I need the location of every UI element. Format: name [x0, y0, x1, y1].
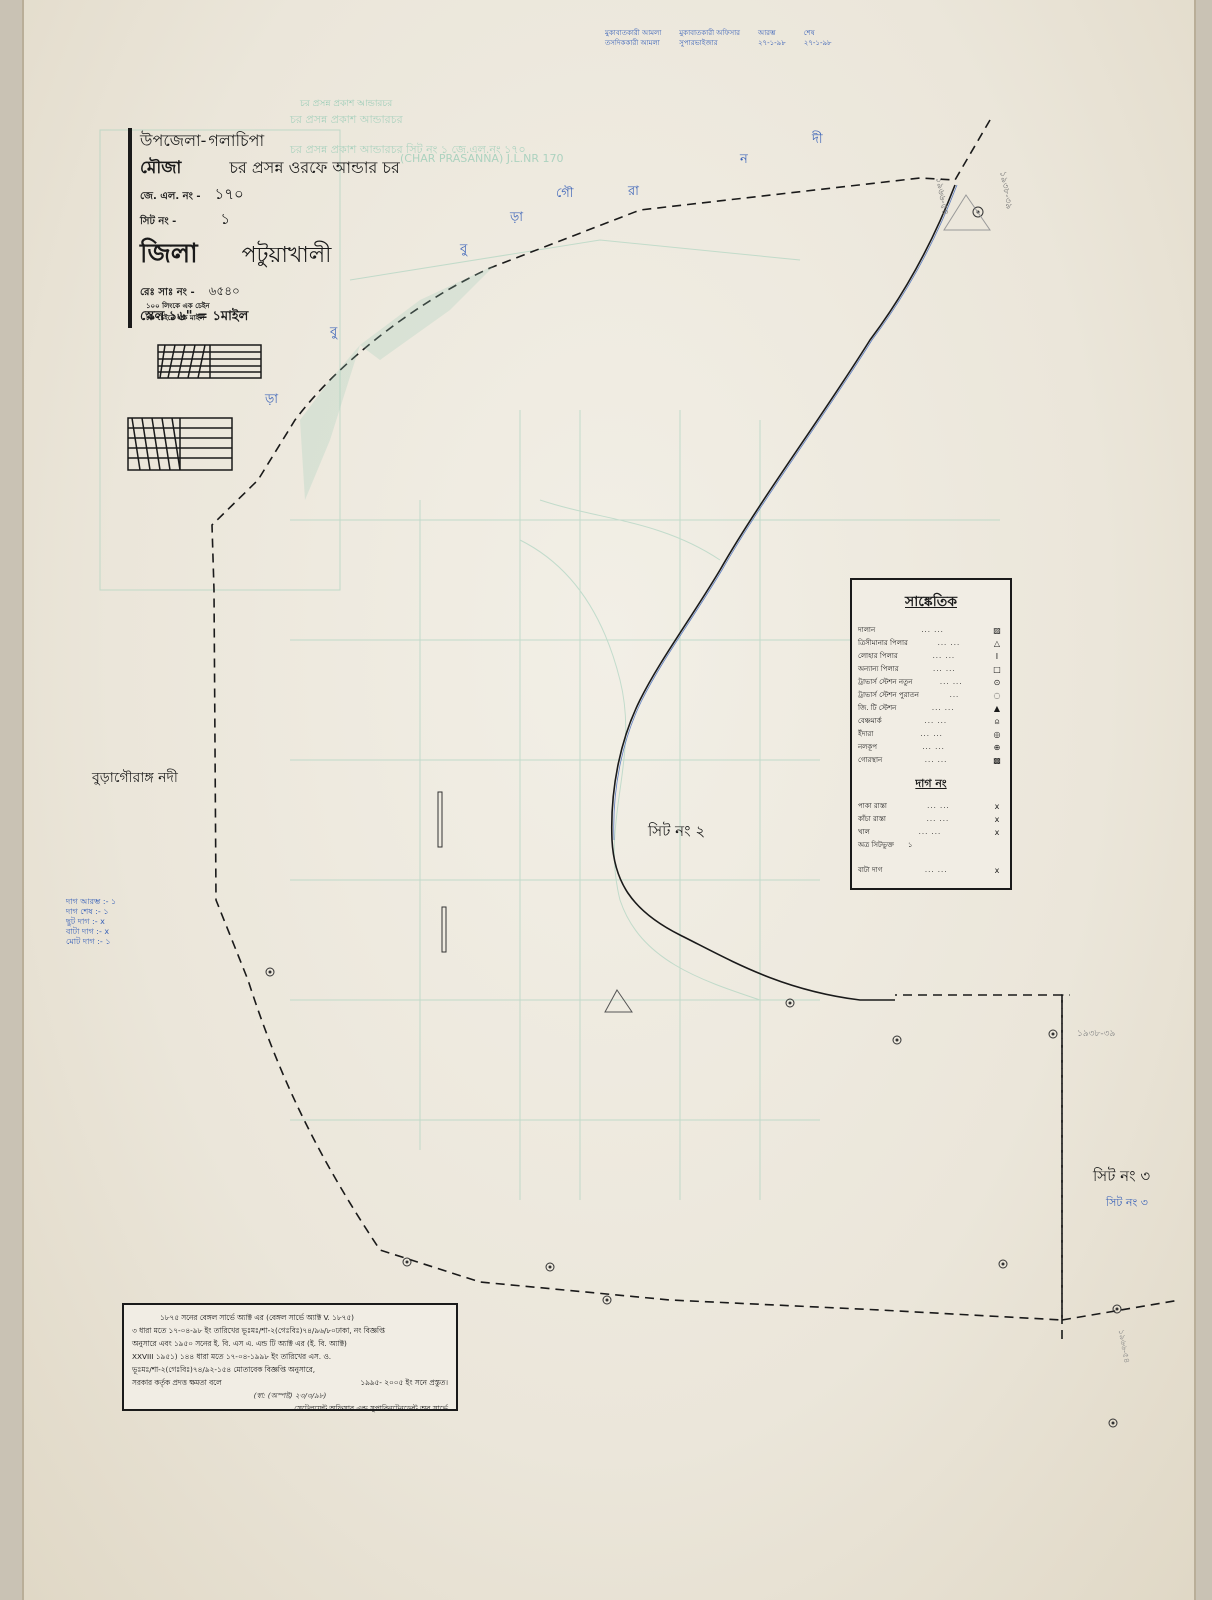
- district-value: পটুয়াখালী: [242, 238, 332, 275]
- legend-item: দালান... ...▨: [858, 624, 1004, 637]
- district-row: জিলা পটুয়াখালী: [140, 233, 440, 277]
- other-pillar-icon: □: [990, 663, 1004, 676]
- legend-item: ত্রিসীমানার পিলার... ...△: [858, 637, 1004, 650]
- dag-item: খাল... ...x: [858, 826, 1004, 839]
- plot-summary-line: বাটা দাগ :- x: [66, 927, 116, 937]
- jl-label: জে. এল. নং -: [140, 189, 201, 206]
- dag-item: কাঁচা রাস্তা... ...x: [858, 813, 1004, 826]
- dag-item: বাটা দাগ... ...x: [858, 864, 1004, 877]
- mouza-label: মৌজা: [140, 155, 181, 183]
- cert-line: ১৮৭৫ সনের বেঙ্গল সার্ভে অ্যাক্ট এর (বেঙ্…: [132, 1311, 448, 1324]
- river-label: বুড়াগৌরাঙ্গ নদী: [92, 766, 178, 790]
- cert-line: ৩ ধারা মতে ১৭-০৪-৯৮ ইং তারিখের ভূঃমঃ/শা-…: [132, 1324, 448, 1337]
- adjacent-sheet-3-blue-label: সিট নং ৩: [1106, 1194, 1148, 1213]
- sheet-row: সিট নং - ১: [140, 208, 440, 233]
- map-legend: সাঙ্কেতিক দালান... ...▨ ত্রিসীমানার পিলা…: [850, 578, 1012, 890]
- title-block: উপজেলা- গলাচিপা মৌজা চর প্রসন্ন ওরফে আন্…: [128, 128, 440, 328]
- issuing-office: সেটেলমেন্ট অফিসার এন্ড সুপারিনটেনডেন্ট অ…: [132, 1402, 448, 1415]
- upazila-value: গলাচিপা: [208, 128, 264, 155]
- scale-note-1: ১০০ লিংকে এক চেইন: [146, 300, 210, 312]
- legend-item: জি. টি স্টেশন... ...▲: [858, 702, 1004, 715]
- sheet-label: সিট নং -: [140, 214, 176, 231]
- tri-junction-pillar-icon: △: [990, 637, 1004, 650]
- cert-line: ভূঃমঃ/শা-২(গেঃবিঃ)৭৪/৯২-১৫৪ মোতাবেক বিজ্…: [132, 1363, 448, 1376]
- plot-summary-line: দাগ শেষ :- ১: [66, 907, 116, 917]
- plot-summary: দাগ আরম্ভ :- ১ দাগ শেষ :- ১ ছুট দাগ :- x…: [66, 897, 116, 947]
- plot-summary-line: মোট দাগ :- ১: [66, 937, 116, 947]
- diagonal-scale-2: [128, 418, 232, 470]
- district-label: জিলা: [140, 233, 198, 277]
- jl-row: জে. এল. নং - ১৭০: [140, 183, 440, 208]
- adjacent-sheet-2-label: সিট নং ২: [648, 820, 705, 845]
- jl-value: ১৭০: [215, 183, 244, 208]
- cert-line: অনুসারে এবং ১৯৫০ সনের ই. বি. এস এ. এন্ড …: [132, 1337, 448, 1350]
- legend-item: বেঞ্চমার্ক... ...⍝: [858, 715, 1004, 728]
- diagonal-scale-1: [158, 345, 261, 378]
- adjacent-sheet-3-label: সিট নং ৩: [1093, 1165, 1150, 1190]
- upazila-row: উপজেলা- গলাচিপা: [140, 128, 440, 155]
- underlay-title-1: চর প্রসন্ন প্রকাশ আন্ডারচর: [289, 113, 404, 126]
- approval-note-2: মুকাবাতকারী অফিসারসুপারভাইজার: [679, 28, 740, 48]
- gt-station-icon: ▲: [990, 702, 1004, 715]
- legend-item: গোরস্থান... ...▩: [858, 754, 1004, 767]
- dag-item: পাকা রাস্তা... ...x: [858, 800, 1004, 813]
- certificate-block: ১৮৭৫ সনের বেঙ্গল সার্ভে অ্যাক্ট এর (বেঙ্…: [122, 1303, 458, 1411]
- upazila-label: উপজেলা-: [140, 128, 206, 155]
- legend-item: লোহার পিলার... ...I: [858, 650, 1004, 663]
- plot-summary-line: দাগ আরম্ভ :- ১: [66, 897, 116, 907]
- dag-title: দাগ নং: [858, 775, 1004, 794]
- traverse-station-new-icon: ⊙: [990, 676, 1004, 689]
- well-icon: ◎: [990, 728, 1004, 741]
- tubewell-icon: ⊕: [990, 741, 1004, 754]
- legend-item: অন্যান্য পিলার... ...□: [858, 663, 1004, 676]
- building-icon: ▨: [990, 624, 1004, 637]
- dag-item: অত্র সিটভুক্ত১: [858, 839, 1004, 852]
- legend-title: সাঙ্কেতিক: [858, 590, 1004, 614]
- legend-item: ট্রাভার্স স্টেশন পুরাতন...◌: [858, 689, 1004, 702]
- sheet-value: ১: [220, 208, 230, 233]
- legend-item: নলকূপ... ...⊕: [858, 741, 1004, 754]
- approval-notes: মুকাবাতকারী আমলাতসদিককারী আমলা মুকাবাতকা…: [605, 28, 832, 48]
- plot-summary-line: ছুট দাগ :- x: [66, 917, 116, 927]
- benchmark-icon: ⍝: [990, 715, 1004, 728]
- graveyard-icon: ▩: [990, 754, 1004, 767]
- underlay-text-top: চর প্রসন্ন প্রকাশ আন্ডারচর: [300, 96, 392, 111]
- signature: (স্বা: (অস্পষ্ট) ২৩/৩/৯৮): [132, 1389, 448, 1402]
- rev-value: ৬৫৪০: [209, 283, 240, 303]
- legend-item: ইঁদারা... ...◎: [858, 728, 1004, 741]
- mouza-value: চর প্রসন্ন ওরফে আন্ডার চর: [229, 155, 399, 182]
- approval-note-1: মুকাবাতকারী আমলাতসদিককারী আমলা: [605, 28, 661, 48]
- mouza-row: মৌজা চর প্রসন্ন ওরফে আন্ডার চর: [140, 155, 440, 183]
- legend-item: ট্রাভার্স স্টেশন নতুন... ...⊙: [858, 676, 1004, 689]
- approval-note-3: আরম্ভ২৭-১-৯৮: [758, 28, 786, 48]
- iron-pillar-icon: I: [990, 650, 1004, 663]
- cert-line: XXVIII ১৯৫১) ১৪৪ ধারা মতে ১৭-০৪-১৯৯৮ ইং …: [132, 1350, 448, 1363]
- traverse-station-old-icon: ◌: [990, 689, 1004, 702]
- scale-note-2: ৮০ চেইনে এক মাইল: [146, 312, 205, 324]
- boundary-year-right: ১৯৩৮-৩৯: [1077, 1026, 1115, 1041]
- approval-note-4: শেষ২৭-১-৯৮: [804, 28, 832, 48]
- cert-line: সরকার কর্তৃক প্রদত্ত ক্ষমতা বলে১৯৯৫- ২০০…: [132, 1376, 448, 1389]
